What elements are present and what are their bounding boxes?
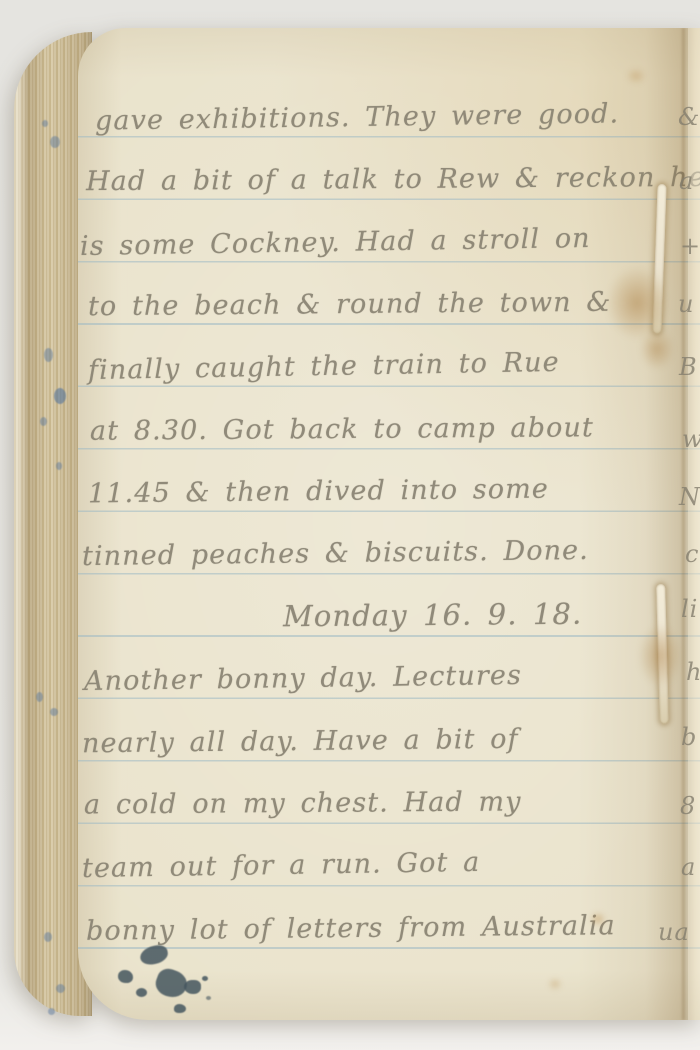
stain (626, 68, 646, 84)
ink-speckle (44, 348, 53, 362)
facing-page-text-fragment: + (680, 232, 700, 260)
facing-page-text-fragment: B (679, 353, 698, 381)
diary-line: nearly all day. Have a bit of (82, 722, 519, 763)
ink-speckle (50, 136, 60, 148)
diary-line: to the beach & round the town & (88, 285, 612, 326)
ink-speckle (40, 417, 47, 426)
ink-blot-spot (202, 976, 208, 981)
date-heading: Monday 16. 9. 18. (283, 596, 583, 635)
facing-page-text-fragment: 8 (680, 792, 696, 820)
diary-line: at 8.30. Got back to camp about (90, 410, 594, 450)
facing-page-text-fragment: li (681, 595, 698, 623)
facing-page-text-fragment: ua (658, 918, 690, 946)
facing-page-text-fragment: w (682, 425, 700, 453)
diary-line: gave exhibitions. They were good. (95, 96, 620, 139)
facing-page-text-fragment: b (681, 723, 697, 751)
ink-blot-spot (118, 970, 133, 983)
facing-page-text-fragment: h (686, 658, 700, 686)
ink-blot-spot (174, 1004, 186, 1013)
facing-page-text-fragment: N (679, 483, 700, 511)
facing-page-text-fragment: a (679, 167, 694, 195)
diary-line: team out for a run. Got a (82, 845, 481, 887)
diary-line: tinned peaches & biscuits. Done. (82, 533, 589, 575)
ink-speckle (50, 708, 58, 716)
diary-line: Another bonny day. Lectures (84, 658, 522, 700)
photograph-of-diary: { "diary": { "entries": [ {"text": "gave… (0, 0, 700, 1050)
ink-blot-spot (184, 980, 201, 994)
ink-speckle (44, 932, 52, 942)
ink-speckle (48, 1008, 55, 1015)
notebook: gave exhibitions. They were good.Had a b… (14, 28, 700, 1020)
ink-blot-spot (136, 988, 147, 997)
diary-line: a cold on my chest. Had my (84, 784, 522, 823)
ink-speckle (36, 692, 43, 702)
stain (638, 624, 682, 688)
facing-page-text-fragment: c (685, 540, 699, 568)
diary-line: 11.45 & then dived into some (88, 472, 549, 513)
diary-line: bonny lot of letters from Australia (86, 908, 616, 950)
stain (640, 328, 674, 370)
ink-speckle (56, 462, 62, 470)
facing-page-text-fragment: a (681, 853, 696, 881)
facing-page-text-fragment: u (678, 290, 694, 318)
ink-speckle (54, 388, 66, 404)
stain (590, 912, 606, 926)
ink-speckle (56, 984, 65, 993)
stain (548, 978, 562, 990)
facing-page-text-fragment: & (678, 103, 700, 131)
ink-speckle (42, 120, 48, 127)
notebook-page: gave exhibitions. They were good.Had a b… (78, 28, 700, 1020)
ink-blot-spot (206, 996, 211, 1000)
